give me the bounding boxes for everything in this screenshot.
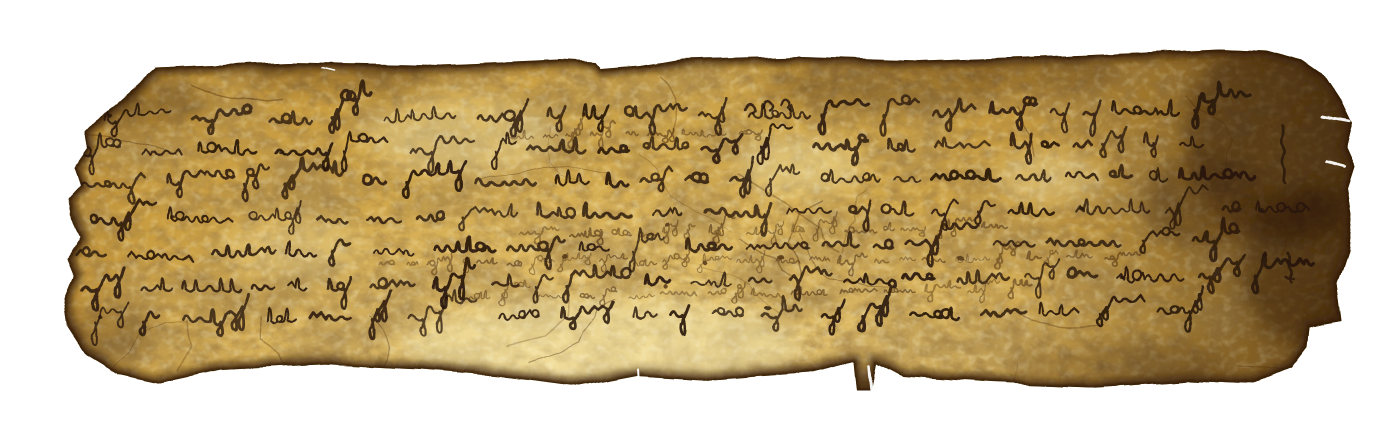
manuscript-canvas: [40, 16, 1400, 429]
manuscript-photo: [40, 16, 1400, 429]
paper-fragment: [40, 16, 1400, 429]
